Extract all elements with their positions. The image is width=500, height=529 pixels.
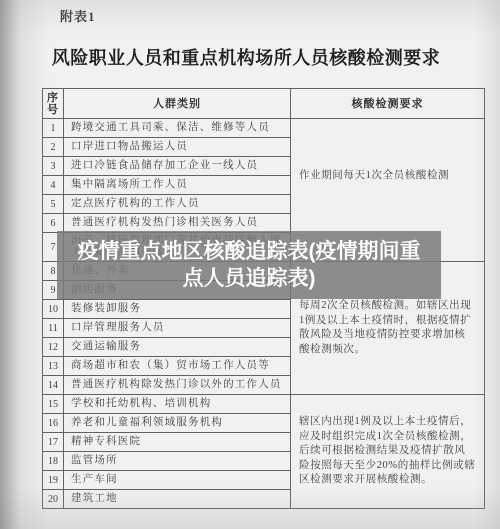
row-number-cell: 17 [43,433,64,452]
header-requirement: 核酸检测要求 [291,89,485,119]
row-number-cell: 14 [43,376,64,395]
row-number-cell: 1 [43,119,64,138]
category-cell: 普通医疗机构发热门诊相关医务人员 [64,214,291,233]
requirement-cell: 辖区内出现1例及以上本土疫情后，应及时组织完成1次全员核酸检测，后续可根据检测结… [291,395,485,509]
category-cell: 进口冷链食品储存加工企业一线人员 [64,157,291,176]
document-scan: 附表1 风险职业人员和重点机构场所人员核酸检测要求 序号 人群类别 核酸检测要求… [0,0,500,529]
category-cell: 定点医疗机构的工作人员 [64,195,291,214]
appendix-label: 附表1 [60,6,96,25]
header-index: 序号 [43,89,64,119]
category-cell: 口岸进口物品搬运人员 [64,138,291,157]
category-cell: 生产车间 [64,471,291,490]
row-number-cell: 18 [43,452,64,471]
row-number-cell: 15 [43,395,64,414]
category-cell: 普通医疗机构除发热门诊以外的工作人员 [64,376,291,395]
watermark-caption-line2: 点人员追踪表) [57,265,441,292]
row-number-cell: 4 [43,176,64,195]
row-number-cell: 2 [43,138,64,157]
category-cell: 集中隔离场所工作人员 [64,176,291,195]
category-cell: 精神专科医院 [64,433,291,452]
row-number-cell: 11 [43,319,64,338]
watermark-caption-line1: 疫情重点地区核酸追踪表(疫情期间重 [57,238,441,265]
category-cell: 养老和儿童福利领域服务机构 [64,414,291,433]
category-cell: 建筑工地 [64,490,291,509]
row-number-cell: 13 [43,357,64,376]
category-cell: 交通运输服务 [64,338,291,357]
header-category: 人群类别 [64,89,291,119]
row-number-cell: 12 [43,338,64,357]
row-number-cell: 3 [43,157,64,176]
category-cell: 学校和托幼机构、培训机构 [64,395,291,414]
table-row: 1 跨境交通工具司乘、保洁、维修等人员 作业期间每天1次全员核酸检测 [43,119,485,138]
table-header-row: 序号 人群类别 核酸检测要求 [43,89,485,119]
document-title: 风险职业人员和重点机构场所人员核酸检测要求 [0,44,492,70]
row-number-cell: 16 [43,414,64,433]
row-number-cell: 19 [43,471,64,490]
watermark-caption-banner: 疫情重点地区核酸追踪表(疫情期间重 点人员追踪表) [57,231,441,299]
category-cell: 监管场所 [64,452,291,471]
row-number-cell: 20 [43,490,64,509]
table-row: 15 学校和托幼机构、培训机构 辖区内出现1例及以上本土疫情后，应及时组织完成1… [43,395,485,414]
row-number-cell: 5 [43,195,64,214]
category-cell: 装修装卸服务 [64,300,291,319]
category-cell: 口岸管理服务人员 [64,319,291,338]
category-cell: 跨境交通工具司乘、保洁、维修等人员 [64,119,291,138]
category-cell: 商场超市和农（集）贸市场工作人员等 [64,357,291,376]
row-number-cell: 10 [43,300,64,319]
row-number-cell: 6 [43,214,64,233]
